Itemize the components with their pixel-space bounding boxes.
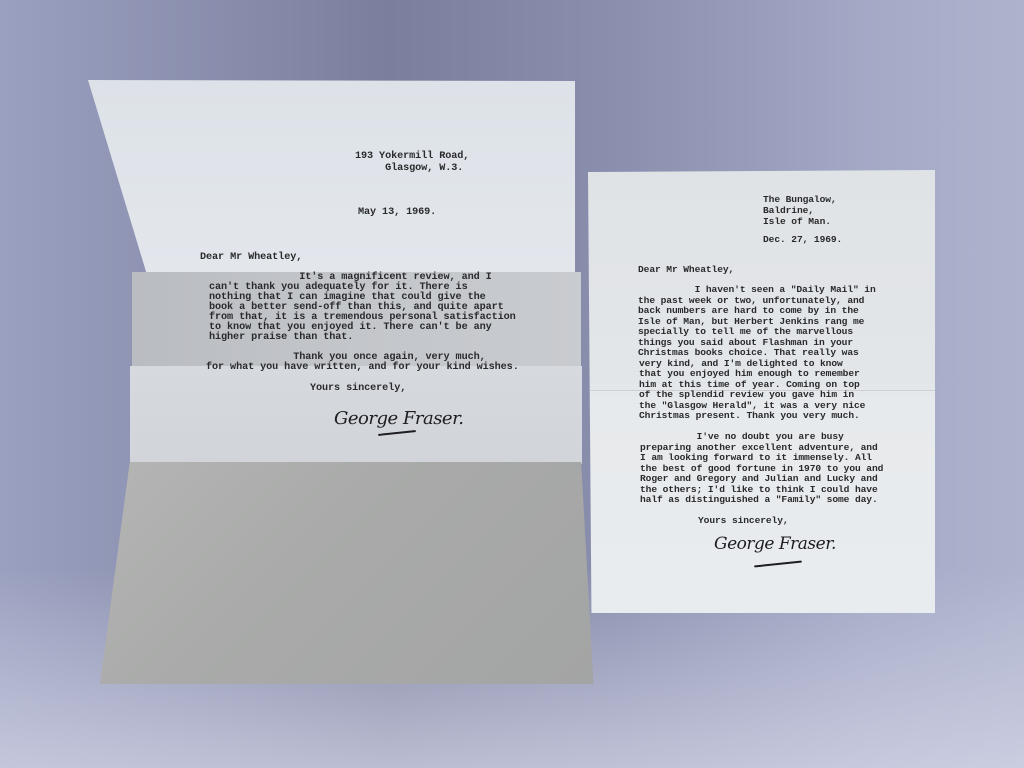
letter-date: May 13, 1969.: [358, 207, 436, 218]
letter-dec-1969: The Bungalow, Baldrine, Isle of Man. Dec…: [588, 170, 935, 613]
letter-top-panel: [88, 80, 575, 273]
sender-address-line-1: 193 Yokermill Road,: [355, 151, 469, 162]
sender-address-line-2: Glasgow, W.3.: [355, 163, 463, 174]
letter-blank-panel: [100, 462, 596, 684]
salutation: Dear Mr Wheatley,: [638, 265, 734, 276]
letter-date: Dec. 27, 1969.: [763, 235, 842, 246]
sender-address-line-3: Isle of Man.: [763, 217, 831, 228]
salutation: Dear Mr Wheatley,: [200, 252, 302, 263]
signature: George Fraser.: [334, 408, 463, 429]
closing: Yours sincerely,: [698, 516, 789, 527]
signature: George Fraser.: [714, 534, 836, 554]
signature-underline: [754, 560, 802, 567]
closing: Yours sincerely,: [310, 383, 406, 394]
